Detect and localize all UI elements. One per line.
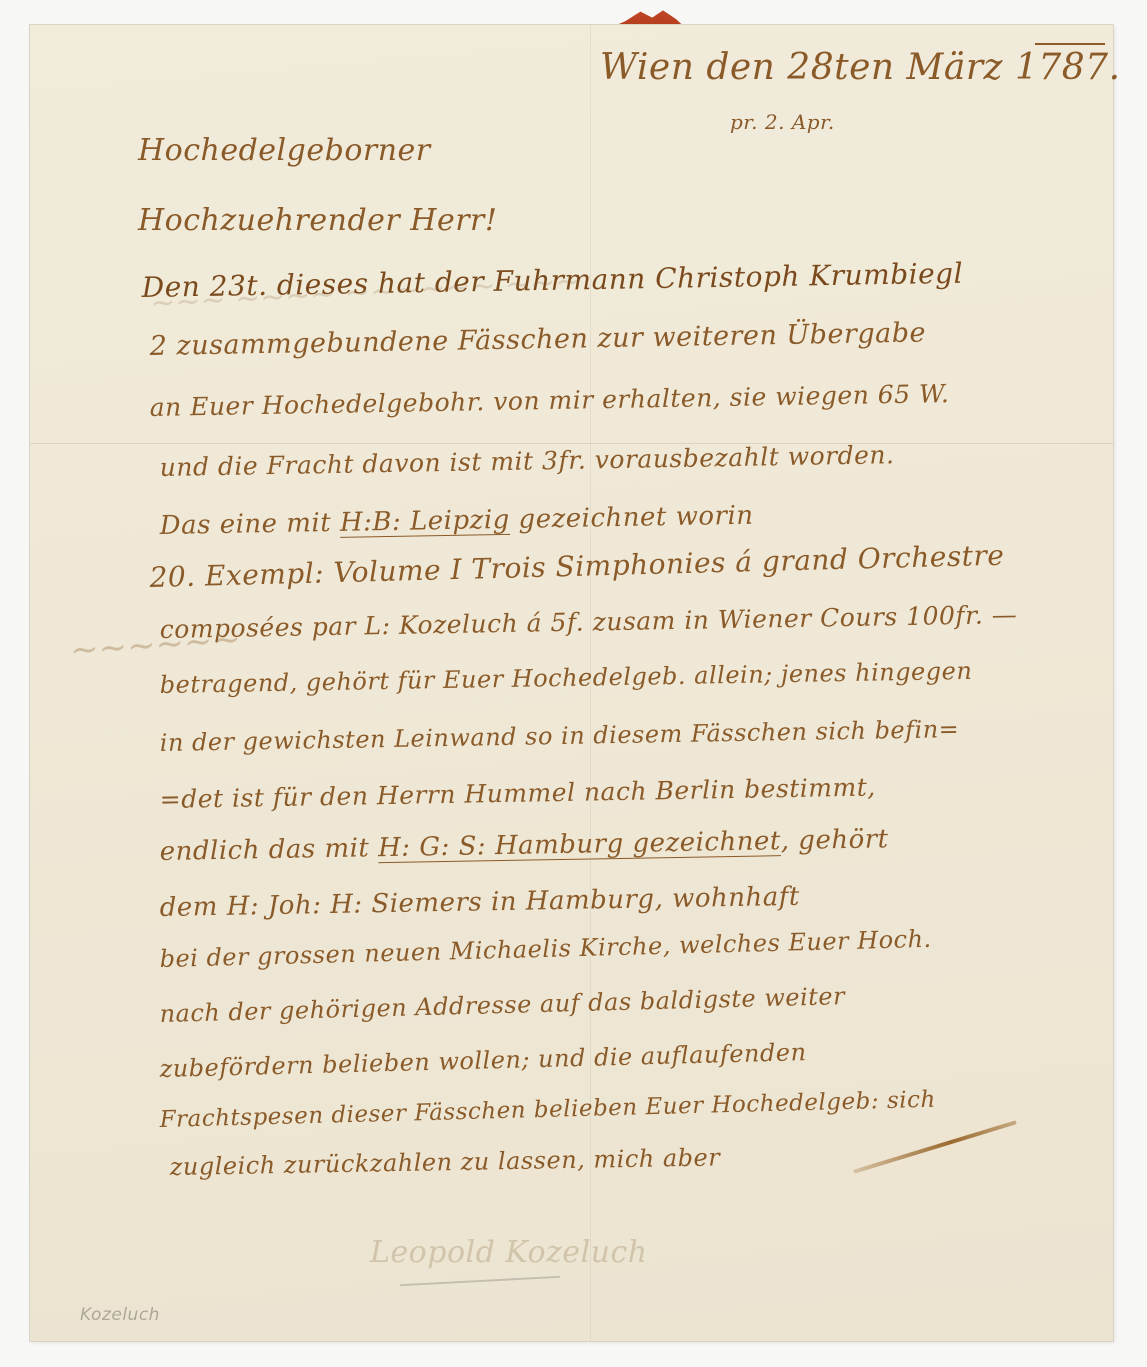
pencil-attribution-note: Kozeluch — [80, 1305, 160, 1325]
body-line-11-suffix: , gehört — [781, 824, 889, 856]
salutation-line-1: Hochedelgeborner — [138, 133, 431, 168]
hamburg-mark: H: G: S: Hamburg gezeichnet — [378, 826, 781, 863]
salutation-line-2: Hochzuehrender Herr! — [138, 203, 497, 238]
body-line-11: endlich das mit H: G: S: Hamburg gezeich… — [159, 824, 888, 867]
body-line-17: zugleich zurückzahlen zu lassen, mich ab… — [170, 1143, 721, 1181]
body-line-13: bei der grossen neuen Michaelis Kirche, … — [159, 925, 932, 973]
body-line-5-suffix: gezeichnet worin — [510, 501, 754, 535]
body-line-3: an Euer Hochedelgebohr. von mir erhalten… — [149, 379, 949, 422]
body-line-5-prefix: Das eine mit — [159, 508, 340, 541]
body-line-16: Frachtspesen dieser Fässchen belieben Eu… — [159, 1087, 936, 1133]
body-line-2: 2 zusammgebundene Fässchen zur weiteren … — [149, 317, 926, 362]
body-line-15: zubefördern belieben wollen; und die auf… — [159, 1038, 807, 1083]
date-overline — [1035, 43, 1105, 45]
faint-bottom-inscription: Leopold Kozeluch — [370, 1235, 648, 1270]
letter-sheet: ~~~ ~~~~ ~~~~~~ ~~~ ~~~~~~ Wien den 28te… — [30, 25, 1113, 1341]
body-line-9: in der gewichsten Leinwand so in diesem … — [160, 715, 960, 757]
fold-crease-horizontal — [30, 443, 1113, 444]
body-line-11-prefix: endlich das mit — [159, 833, 378, 867]
receipt-note: pr. 2. Apr. — [730, 110, 835, 134]
body-line-6: 20. Exempl: Volume I Trois Simphonies á … — [149, 539, 1005, 594]
body-line-12: dem H: Joh: H: Siemers in Hamburg, wohnh… — [159, 882, 800, 923]
body-line-5: Das eine mit H:B: Leipzig gezeichnet wor… — [159, 501, 753, 541]
body-line-4: und die Fracht davon ist mit 3fr. voraus… — [159, 440, 894, 482]
leipzig-mark: H:B: Leipzig — [340, 505, 510, 538]
pencil-stroke — [400, 1276, 560, 1286]
body-line-14: nach der gehörigen Addresse auf das bald… — [159, 982, 845, 1028]
body-line-10: =det ist für den Herrn Hummel nach Berli… — [159, 773, 875, 814]
body-line-7: composées par L: Kozeluch á 5f. zusam in… — [159, 600, 1017, 644]
closing-flourish — [853, 1120, 1017, 1174]
dateline: Wien den 28ten März 1787. — [600, 47, 1121, 88]
body-line-8: betragend, gehört für Euer Hochedelgeb. … — [160, 657, 973, 699]
